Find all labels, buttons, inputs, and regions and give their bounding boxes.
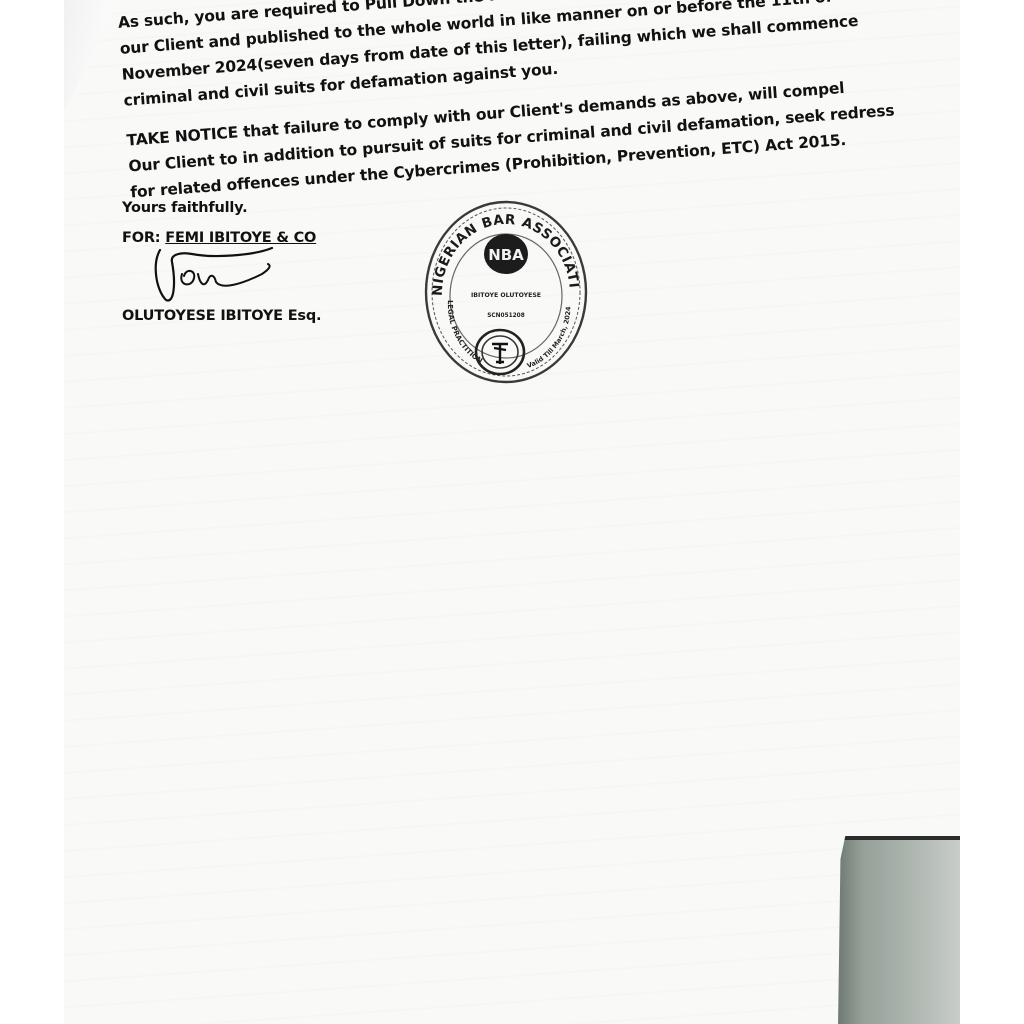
seal-number: SCN051208 [487,313,524,319]
nba-seal-stamp: NIGERIAN BAR ASSOCIATION LEGAL PRACTITIO… [420,196,590,388]
firm-line: FOR: FEMI IBITOYE & CO [122,230,321,246]
folder-tab-shadow [838,836,960,1024]
signature-icon [122,244,282,306]
page-fold-corner [64,0,120,110]
seal-holder-name: IBITOYE OLUTOYESE [471,292,541,299]
letter-page: As such, you are required to Pull Down t… [116,0,831,219]
firm-name: FEMI IBITOYE & CO [165,230,316,246]
signatory-name: OLUTOYESE IBITOYE Esq. [122,308,321,324]
seal-badge: NBA [488,246,524,264]
scanned-letter-photo: As such, you are required to Pull Down t… [64,0,960,1024]
for-prefix: FOR: [122,230,165,246]
salutation: Yours faithfully. [122,200,321,216]
letter-closing: Yours faithfully. FOR: FEMI IBITOYE & CO… [122,200,321,324]
nba-seal-icon: NIGERIAN BAR ASSOCIATION LEGAL PRACTITIO… [420,196,590,388]
